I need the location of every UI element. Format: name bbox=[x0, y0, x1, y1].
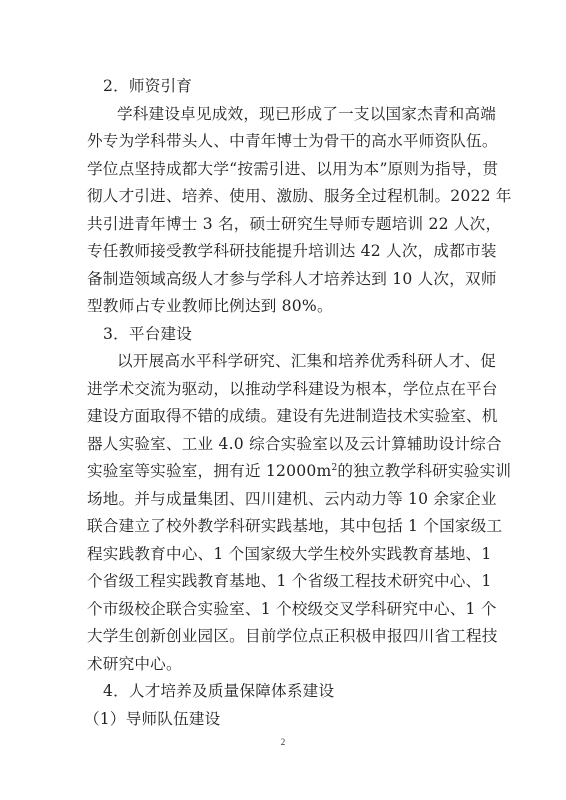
paragraph-line: 以开展高水平科学研究、汇集和培养优秀科研人才、促 bbox=[117, 347, 479, 375]
subsection-heading-supervisors: （1）导师队伍建设 bbox=[84, 705, 220, 733]
paragraph-line: 专任教师接受教学科研技能提升培训达 42 人次，成都市装 bbox=[87, 237, 479, 265]
section-heading-platform: 3．平台建设 bbox=[103, 320, 192, 348]
paragraph-line: 备制造领域高级人才参与学科人才培养达到 10 人次，双师 bbox=[87, 265, 479, 293]
paragraph-line: 型教师占专业教师比例达到 80%。 bbox=[87, 292, 479, 320]
area-text: 实验室等实验室，拥有近 12000m bbox=[87, 462, 331, 480]
paragraph-line: 建设方面取得不错的成绩。建设有先进制造技术实验室、机 bbox=[87, 402, 479, 430]
section-heading-talent: 4．人才培养及质量保障体系建设 bbox=[103, 677, 334, 705]
paragraph-line-area: 实验室等实验室，拥有近 12000m2的独立教学科研实验实训 bbox=[87, 457, 479, 485]
paragraph-line: 术研究中心。 bbox=[87, 650, 479, 678]
section-heading-faculty: 2．师资引育 bbox=[103, 72, 192, 100]
area-suffix: 的独立教学科研实验实训 bbox=[337, 462, 511, 480]
paragraph-line: 个省级工程实践教育基地、1 个省级工程技术研究中心、1 bbox=[87, 567, 479, 595]
paragraph-line: 程实践教育中心、1 个国家级大学生校外实践教育基地、1 bbox=[87, 540, 479, 568]
paragraph-line: 场地。并与成量集团、四川建机、云内动力等 10 余家企业 bbox=[87, 485, 479, 513]
paragraph-line: 学科建设卓见成效，现已形成了一支以国家杰青和高端 bbox=[117, 100, 479, 128]
paragraph-line: 个市级校企联合实验室、1 个校级交叉学科研究中心、1 个 bbox=[87, 595, 479, 623]
paragraph-line: 大学生创新创业园区。目前学位点正积极申报四川省工程技 bbox=[87, 622, 479, 650]
document-page: 2．师资引育 学科建设卓见成效，现已形成了一支以国家杰青和高端 外专为学科带头人… bbox=[0, 0, 566, 800]
paragraph-line: 器人实验室、工业 4.0 综合实验室以及云计算辅助设计综合 bbox=[87, 430, 479, 458]
paragraph-line: 共引进青年博士 3 名，硕士研究生导师专题培训 22 人次， bbox=[87, 210, 479, 238]
paragraph-line: 彻人才引进、培养、使用、激励、服务全过程机制。2022 年 bbox=[87, 182, 479, 210]
paragraph-line: 学位点坚持成都大学“按需引进、以用为本”原则为指导，贯 bbox=[87, 155, 479, 183]
paragraph-line: 联合建立了校外教学科研实践基地，其中包括 1 个国家级工 bbox=[87, 512, 479, 540]
paragraph-line: 进学术交流为驱动，以推动学科建设为根本，学位点在平台 bbox=[87, 375, 479, 403]
paragraph-line: 外专为学科带头人、中青年博士为骨干的高水平师资队伍。 bbox=[87, 127, 479, 155]
page-number: 2 bbox=[0, 737, 566, 747]
